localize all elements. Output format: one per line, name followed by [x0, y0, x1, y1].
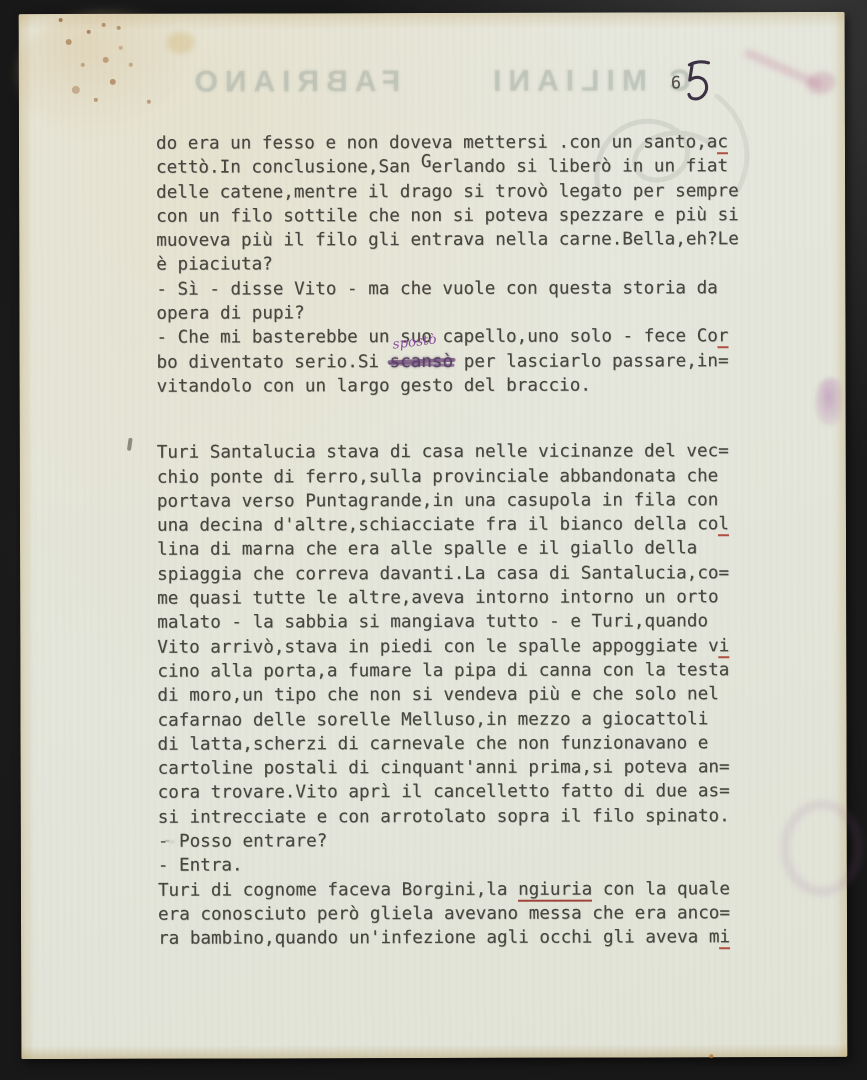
text-line: si intrecciate e con arrotolato sopra il…	[158, 804, 798, 830]
text-line: portava verso Puntagrande,in una casupol…	[157, 488, 797, 514]
text-run: con la quale	[592, 879, 730, 899]
text-line: me quasi tutte le altre,aveva intorno in…	[157, 585, 797, 611]
text-run: portava verso Puntagrande,in una casupol…	[157, 490, 718, 511]
watermark-word-fabriano: FABRIANO	[187, 65, 400, 99]
red-underlined-text: i	[719, 927, 730, 949]
red-underlined-text: ngiuria	[518, 879, 592, 901]
manuscript-page: C MILIANIFABRIANO 6 do era un fesso e no…	[19, 12, 848, 1059]
red-underlined-text: c	[717, 132, 728, 154]
red-underlined-text: i	[719, 636, 730, 658]
text-line: una decina d'altre,schiacciate fra il bi…	[157, 512, 797, 538]
pink-smear-blob	[807, 72, 835, 94]
text-line: di latta,scherzi di carnevale che non fu…	[158, 731, 798, 757]
text-run: Vito arrivò,stava in piedi con le spalle…	[157, 636, 718, 657]
text-line: con un filo sottile che non si poteva sp…	[156, 203, 796, 229]
text-line: cettò.In conclusione,San Gerlando si lib…	[156, 154, 796, 180]
text-run: Turi di cognome faceva Borgini,la	[158, 879, 518, 900]
text-line: cora trovare.Vito aprì il cancelletto fa…	[158, 779, 798, 805]
text-run: delle catene,mentre il drago si trovò le…	[156, 181, 739, 203]
text-run: per lasciarlo passare,in=	[453, 351, 728, 372]
text-run: spiaggia che correva davanti.La casa di …	[157, 563, 729, 584]
text-line: delle catene,mentre il drago si trovò le…	[156, 179, 796, 205]
text-run: era conosciuto però gliela avevano messa…	[158, 903, 730, 924]
text-run: Posso entrare?	[168, 831, 327, 851]
text-run: è piaciuta?	[156, 255, 273, 275]
text-run: una decina d'altre,schiacciate fra il bi…	[157, 514, 718, 535]
paragraph: Turi Santalucia stava di casa nelle vici…	[157, 439, 798, 951]
text-run: cettò.In conclusione,San	[156, 157, 421, 178]
edge-spot	[709, 1054, 713, 1058]
text-run: si intrecciate e con arrotolato sopra il…	[158, 806, 730, 827]
pink-smear	[743, 47, 823, 89]
text-line: cafarnao delle sorelle Melluso,in mezzo …	[157, 707, 797, 733]
red-underlined-text: r	[718, 327, 729, 349]
text-run: opera di pupi?	[156, 303, 304, 323]
purple-ink-smudge	[815, 378, 843, 426]
text-line: opera di pupi?	[156, 300, 796, 326]
red-underlined-text: l	[718, 514, 729, 536]
text-run: - Entra.	[158, 856, 243, 876]
ink-speck	[127, 438, 133, 451]
text-line: ra bambino,quando un'infezione agli occh…	[158, 925, 798, 951]
text-run: cino alla porta,a fumare la pipa di cann…	[157, 660, 729, 681]
page-number: 6	[671, 59, 713, 105]
text-line: era conosciuto però gliela avevano messa…	[158, 901, 798, 927]
text-line: malato - la sabbia si mangiava tutto - e…	[157, 609, 797, 635]
page-number-typed: 6	[671, 73, 682, 93]
typescript-text: do era un fesso e non doveva mettersi .c…	[156, 130, 798, 951]
text-line: è piaciuta?	[156, 252, 796, 278]
text-line: - Che mi basterebbe un suo capello,uno s…	[156, 324, 796, 350]
text-line: - Sì - disse Vito - ma che vuole con que…	[156, 276, 796, 302]
text-line: do era un fesso e non doveva mettersi .c…	[156, 130, 796, 156]
handwritten-correction: spostò	[392, 333, 438, 352]
text-run: cartoline postali di cinquant'anni prima…	[158, 757, 730, 778]
text-run: chio ponte di ferro,sulla provinciale ab…	[157, 466, 718, 487]
text-run: Turi Santalucia stava di casa nelle vici…	[157, 441, 729, 462]
text-line: vitandolo con un largo gesto del braccio…	[157, 373, 797, 399]
text-line: di moro,un tipo che non si vendeva più e…	[157, 682, 797, 708]
text-line: spiaggia che correva davanti.La casa di …	[157, 561, 797, 587]
text-run: di moro,un tipo che non si vendeva più e…	[157, 684, 718, 705]
page-number-handwritten-five	[681, 58, 714, 106]
paragraph: do era un fesso e non doveva mettersi .c…	[156, 130, 797, 399]
text-line: cino alla porta,a fumare la pipa di cann…	[157, 658, 797, 684]
text-run: vitandolo con un largo gesto del braccio…	[157, 376, 591, 397]
text-run: bo diventato serio.Si	[157, 352, 390, 373]
text-line: Turi Santalucia stava di casa nelle vici…	[157, 439, 797, 465]
raised-character: G	[421, 152, 432, 172]
text-line: bo diventato serio.Si scansòspostò per l…	[157, 349, 797, 375]
scan-background: C MILIANIFABRIANO 6 do era un fesso e no…	[0, 0, 867, 1080]
text-run: do era un fesso e non doveva mettersi .c…	[156, 132, 717, 153]
text-run: ra bambino,quando un'infezione agli occh…	[158, 927, 719, 948]
overstruck-dash: -	[158, 832, 169, 852]
text-run: lina di marna che era alle spalle e il g…	[157, 539, 697, 560]
text-run: me quasi tutte le altre,aveva intorno in…	[157, 587, 718, 608]
text-run: di latta,scherzi di carnevale che non fu…	[158, 733, 709, 754]
watermark-text: C MILIANIFABRIANO	[131, 64, 691, 99]
text-run: malato - la sabbia si mangiava tutto - e…	[157, 612, 708, 633]
text-line: muoveva più il filo gli entrava nella ca…	[156, 227, 796, 253]
foxing-stains	[59, 18, 63, 22]
text-run: muoveva più il filo gli entrava nella ca…	[156, 229, 739, 251]
text-line: chio ponte di ferro,sulla provinciale ab…	[157, 464, 797, 490]
text-line: cartoline postali di cinquant'anni prima…	[158, 755, 798, 781]
yellow-stain	[167, 32, 195, 54]
watermark-word-miliani: C MILIANI	[486, 64, 691, 98]
struck-word: scansòspostò	[390, 352, 454, 372]
text-run: erlando si liberò in un fiat	[431, 157, 728, 178]
text-run: - Sì - disse Vito - ma che vuole con que…	[156, 278, 717, 299]
text-line: Vito arrivò,stava in piedi con le spalle…	[157, 634, 797, 660]
text-line: lina di marna che era alle spalle e il g…	[157, 537, 797, 563]
text-line: - Posso entrare?	[158, 828, 798, 854]
text-line: - Entra.	[158, 852, 798, 878]
text-line: Turi di cognome faceva Borgini,la ngiuri…	[158, 877, 798, 903]
text-run: cora trovare.Vito aprì il cancelletto fa…	[158, 782, 730, 803]
text-run: con un filo sottile che non si poteva sp…	[156, 205, 739, 227]
text-run: cafarnao delle sorelle Melluso,in mezzo …	[157, 709, 708, 730]
